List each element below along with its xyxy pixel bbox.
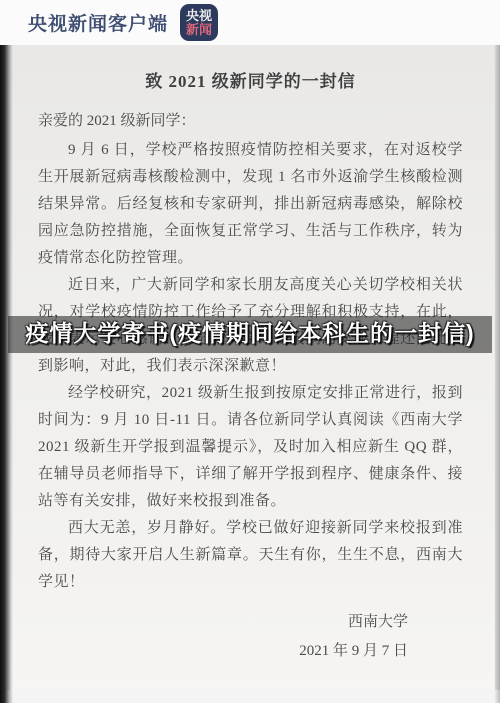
logo-text-bottom: 新闻: [186, 23, 212, 37]
app-title: 央视新闻客户端: [28, 9, 168, 36]
logo-text-top: 央视: [186, 9, 212, 23]
letter-paragraph-4: 西大无恙，岁月静好。学校已做好迎接新同学来校报到准备，期待大家开启人生新篇章。天…: [38, 515, 463, 596]
photo-bottom-edge: [0, 690, 500, 703]
letter-title: 致 2021 级新同学的一封信: [38, 67, 463, 92]
photo-right-shadow: [494, 45, 500, 703]
app-screen: 央视新闻客户端 央视 新闻 致 2021 级新同学的一封信 亲爱的 2021 级…: [0, 0, 500, 703]
letter-signature-block: 西南大学 2021 年 9 月 7 日: [38, 608, 463, 666]
letter-paragraph-1: 9 月 6 日，学校严格按照疫情防控相关要求，在对返校学生开展新冠病毒核酸检测中…: [38, 137, 463, 272]
letter-paragraph-3: 经学校研究，2021 级新生报到按原定安排正常进行，报到时间为：9 月 10 日…: [38, 380, 463, 515]
letter-photo: 致 2021 级新同学的一封信 亲爱的 2021 级新同学： 9 月 6 日，学…: [0, 45, 500, 703]
letter-date: 2021 年 9 月 7 日: [38, 637, 408, 666]
cctv-news-logo-icon: 央视 新闻: [180, 4, 218, 41]
caption-text: 疫情大学寄书(疫情期间给本科生的一封信): [25, 320, 474, 346]
app-header: 央视新闻客户端 央视 新闻: [0, 0, 500, 45]
letter-salutation: 亲爱的 2021 级新同学：: [38, 108, 463, 135]
letter-signature: 西南大学: [38, 608, 408, 637]
letter-paper: 致 2021 级新同学的一封信 亲爱的 2021 级新同学： 9 月 6 日，学…: [10, 45, 495, 690]
caption-overlay: 疫情大学寄书(疫情期间给本科生的一封信): [8, 316, 492, 353]
photo-left-shadow: [0, 45, 13, 703]
